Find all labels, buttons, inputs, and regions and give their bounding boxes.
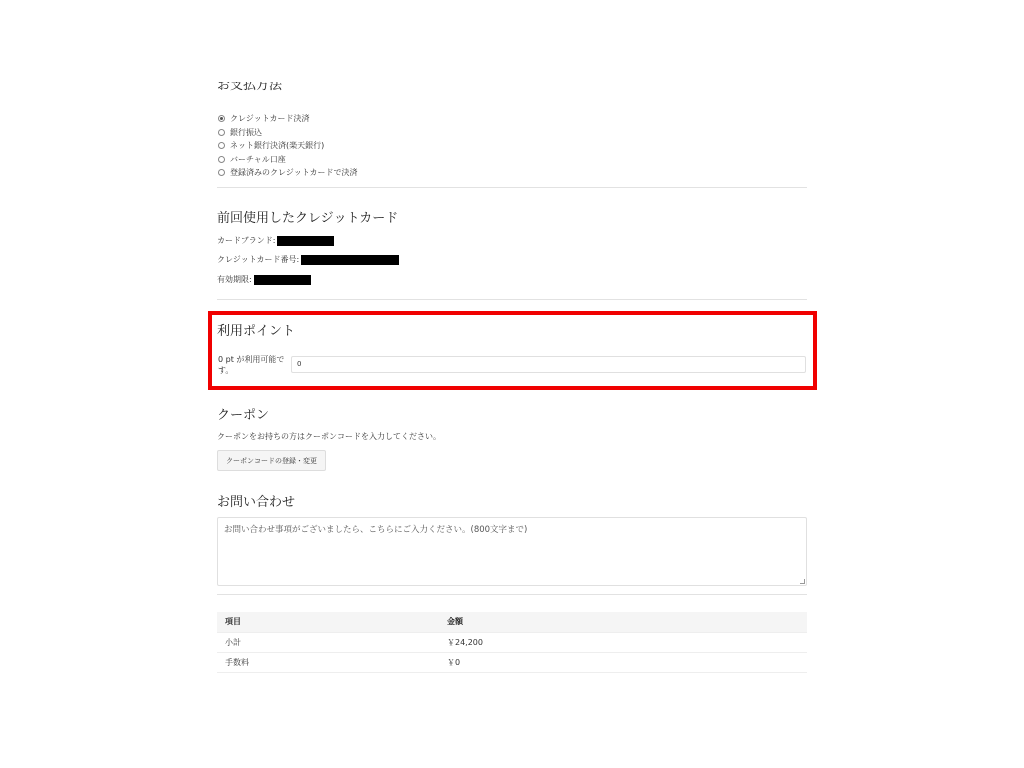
inquiry-placeholder: お問い合わせ事項がございましたら、こちらにご入力ください。(800文字まで) <box>224 525 527 535</box>
table-header-row: 項目 金額 <box>217 612 807 632</box>
payment-option-credit-card[interactable]: クレジットカード決済 <box>218 112 358 126</box>
redacted-card-brand <box>277 236 334 246</box>
row-amount: ￥24,200 <box>439 632 807 652</box>
card-number-row: クレジットカード番号: <box>217 254 399 265</box>
redacted-card-expiry <box>254 275 311 285</box>
resize-handle-icon[interactable] <box>800 579 805 584</box>
row-item: 小計 <box>217 632 439 652</box>
points-available-label: 0 pt が利用可能です。 <box>218 354 288 376</box>
order-summary-table: 項目 金額 小計 ￥24,200 手数料 ￥0 <box>217 612 807 673</box>
points-highlight-box <box>208 311 817 390</box>
divider <box>217 299 807 300</box>
payment-option-saved-card[interactable]: 登録済みのクレジットカードで決済 <box>218 166 358 180</box>
radio-button[interactable] <box>218 129 225 136</box>
radio-button[interactable] <box>218 156 225 163</box>
table-row: 小計 ￥24,200 <box>217 632 807 652</box>
coupon-description: クーポンをお持ちの方はクーポンコードを入力してください。 <box>217 431 441 442</box>
redacted-card-number <box>301 255 399 265</box>
radio-button[interactable] <box>218 142 225 149</box>
header-amount: 金額 <box>439 612 807 632</box>
row-amount: ￥0 <box>439 652 807 672</box>
radio-button-selected[interactable] <box>218 115 225 122</box>
radio-button[interactable] <box>218 169 225 176</box>
payment-option-virtual-account[interactable]: バーチャル口座 <box>218 153 358 167</box>
coupon-register-button[interactable]: クーポンコードの登録・変更 <box>217 450 326 471</box>
divider <box>217 594 807 595</box>
payment-option-net-bank[interactable]: ネット銀行決済(楽天銀行) <box>218 139 358 153</box>
points-title: 利用ポイント <box>217 320 295 339</box>
payment-option-bank-transfer[interactable]: 銀行振込 <box>218 126 358 140</box>
points-input[interactable]: 0 <box>291 356 806 373</box>
divider <box>217 187 807 188</box>
header-item: 項目 <box>217 612 439 632</box>
row-item: 手数料 <box>217 652 439 672</box>
previous-card-title: 前回使用したクレジットカード <box>217 207 398 226</box>
table-row: 手数料 ￥0 <box>217 652 807 672</box>
payment-method-title-clipped: お支払方法 <box>217 82 417 96</box>
card-brand-row: カードブランド: <box>217 235 334 246</box>
inquiry-textarea[interactable]: お問い合わせ事項がございましたら、こちらにご入力ください。(800文字まで) <box>217 517 807 586</box>
coupon-title: クーポン <box>217 404 269 423</box>
card-expiry-row: 有効期限: <box>217 274 311 285</box>
payment-method-title: お支払方法 <box>217 82 282 93</box>
inquiry-title: お問い合わせ <box>217 491 295 510</box>
payment-method-options: クレジットカード決済 銀行振込 ネット銀行決済(楽天銀行) バーチャル口座 登録… <box>218 112 358 180</box>
